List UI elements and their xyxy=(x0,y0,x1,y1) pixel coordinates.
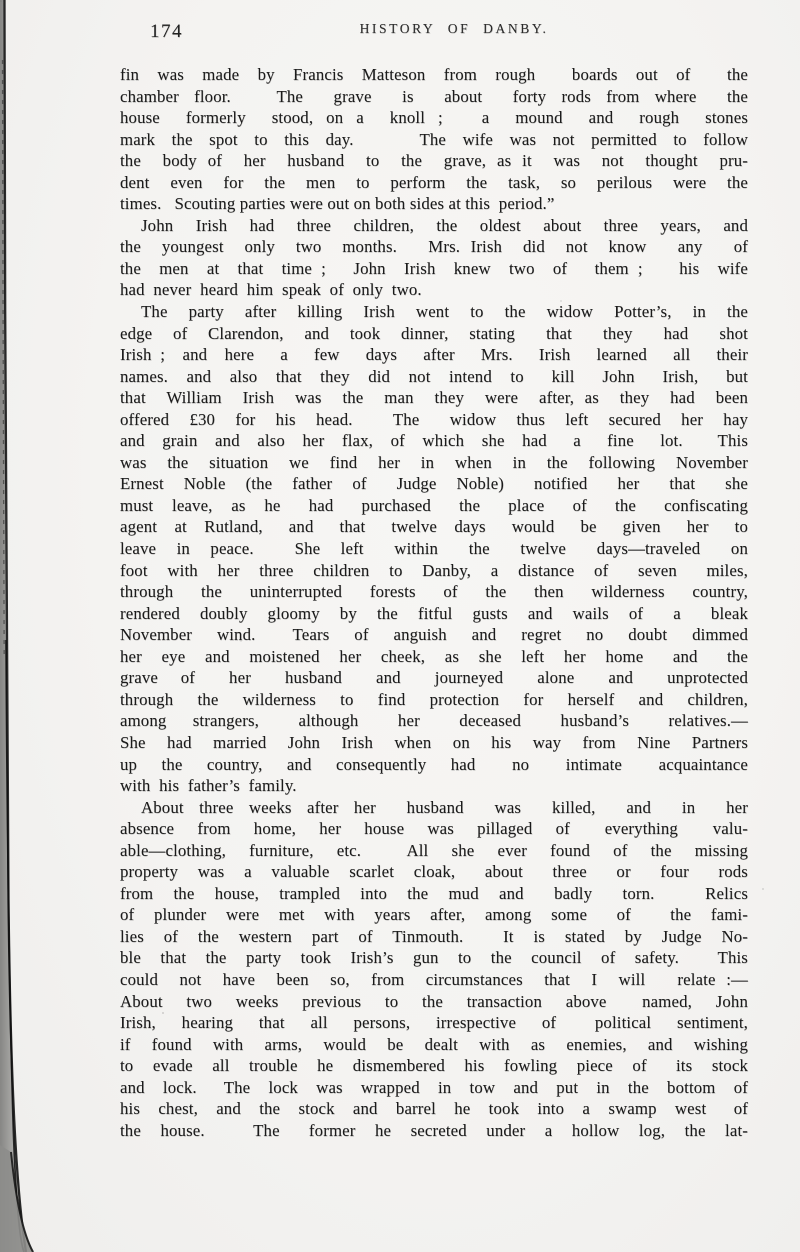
text-line: chamber floor. The grave is about forty … xyxy=(120,86,748,108)
text-line: absence from home, her house was pillage… xyxy=(120,818,748,840)
text-line: through the wilderness to find protectio… xyxy=(120,689,748,711)
text-line: the youngest only two months. Mrs. Irish… xyxy=(120,236,748,258)
text-line: must leave, as he had purchased the plac… xyxy=(120,495,748,517)
text-line: that William Irish was the man they were… xyxy=(120,387,748,409)
text-line: property was a valuable scarlet cloak, a… xyxy=(120,861,748,883)
text-line: among strangers, although her deceased h… xyxy=(120,710,748,732)
text-line: November wind. Tears of anguish and regr… xyxy=(120,624,748,646)
text-line: rendered doubly gloomy by the fitful gus… xyxy=(120,603,748,625)
text-line: and grain and also her flax, of which sh… xyxy=(120,430,748,452)
text-line: the body of her husband to the grave, as… xyxy=(120,150,748,172)
text-line: mark the spot to this day. The wife was … xyxy=(120,129,748,151)
text-line: offered £30 for his head. The widow thus… xyxy=(120,409,748,431)
text-line: up the country, and consequently had no … xyxy=(120,754,748,776)
text-line: times. Scouting parties were out on both… xyxy=(120,193,748,215)
running-title: HISTORY OF DANBY. xyxy=(120,21,748,37)
text-line: The party after killing Irish went to th… xyxy=(120,301,748,323)
text-line: from the house, trampled into the mud an… xyxy=(120,883,748,905)
text-line: with his father’s family. xyxy=(120,775,748,797)
text-line: foot with her three children to Danby, a… xyxy=(120,560,748,582)
text-line: Irish ; and here a few days after Mrs. I… xyxy=(120,344,748,366)
text-line: ble that the party took Irish’s gun to t… xyxy=(120,947,748,969)
text-line: grave of her husband and journeyed alone… xyxy=(120,667,748,689)
text-line: the men at that time ; John Irish knew t… xyxy=(120,258,748,280)
text-line: the house. The former he secreted under … xyxy=(120,1120,748,1142)
text-line: leave in peace. She left within the twel… xyxy=(120,538,748,560)
text-line: lies of the western part of Tinmouth. It… xyxy=(120,926,748,948)
text-line: and lock. The lock was wrapped in tow an… xyxy=(120,1077,748,1099)
text-line: house formerly stood, on a knoll ; a mou… xyxy=(120,107,748,129)
text-line: About two weeks previous to the transact… xyxy=(120,991,748,1013)
text-line: if found with arms, would be dealt with … xyxy=(120,1034,748,1056)
text-line: Ernest Noble (the father of Judge Noble)… xyxy=(120,473,748,495)
text-line: his chest, and the stock and barrel he t… xyxy=(120,1098,748,1120)
text-line: edge of Clarendon, and took dinner, stat… xyxy=(120,323,748,345)
text-line: Irish, hearing that all persons, irrespe… xyxy=(120,1012,748,1034)
book-page: 174 HISTORY OF DANBY. fin was made by Fr… xyxy=(0,0,800,1252)
paragraph: About three weeks after her husband was … xyxy=(120,797,748,1142)
body-text-block: fin was made by Francis Matteson from ro… xyxy=(120,64,748,1141)
text-line: About three weeks after her husband was … xyxy=(120,797,748,819)
paragraph: John Irish had three children, the oldes… xyxy=(120,215,748,301)
text-line: her eye and moistened her cheek, as she … xyxy=(120,646,748,668)
book-gutter-shadow xyxy=(0,0,44,1252)
text-line: able—clothing, furniture, etc. All she e… xyxy=(120,840,748,862)
paragraph: The party after killing Irish went to th… xyxy=(120,301,748,797)
text-line: She had married John Irish when on his w… xyxy=(120,732,748,754)
text-line: dent even for the men to perform the tas… xyxy=(120,172,748,194)
page-header: 174 HISTORY OF DANBY. xyxy=(120,21,748,47)
text-line: of plunder were met with years after, am… xyxy=(120,904,748,926)
text-line: names. and also that they did not intend… xyxy=(120,366,748,388)
text-line: had never heard him speak of only two. xyxy=(120,279,748,301)
text-line: fin was made by Francis Matteson from ro… xyxy=(120,64,748,86)
text-line: to evade all trouble he dismembered his … xyxy=(120,1055,748,1077)
text-line: was the situation we find her in when in… xyxy=(120,452,748,474)
text-line: John Irish had three children, the oldes… xyxy=(120,215,748,237)
text-line: could not have been so, from circumstanc… xyxy=(120,969,748,991)
text-line: agent at Rutland, and that twelve days w… xyxy=(120,516,748,538)
page-number: 174 xyxy=(150,21,183,43)
paragraph: fin was made by Francis Matteson from ro… xyxy=(120,64,748,215)
text-line: through the uninterrupted forests of the… xyxy=(120,581,748,603)
